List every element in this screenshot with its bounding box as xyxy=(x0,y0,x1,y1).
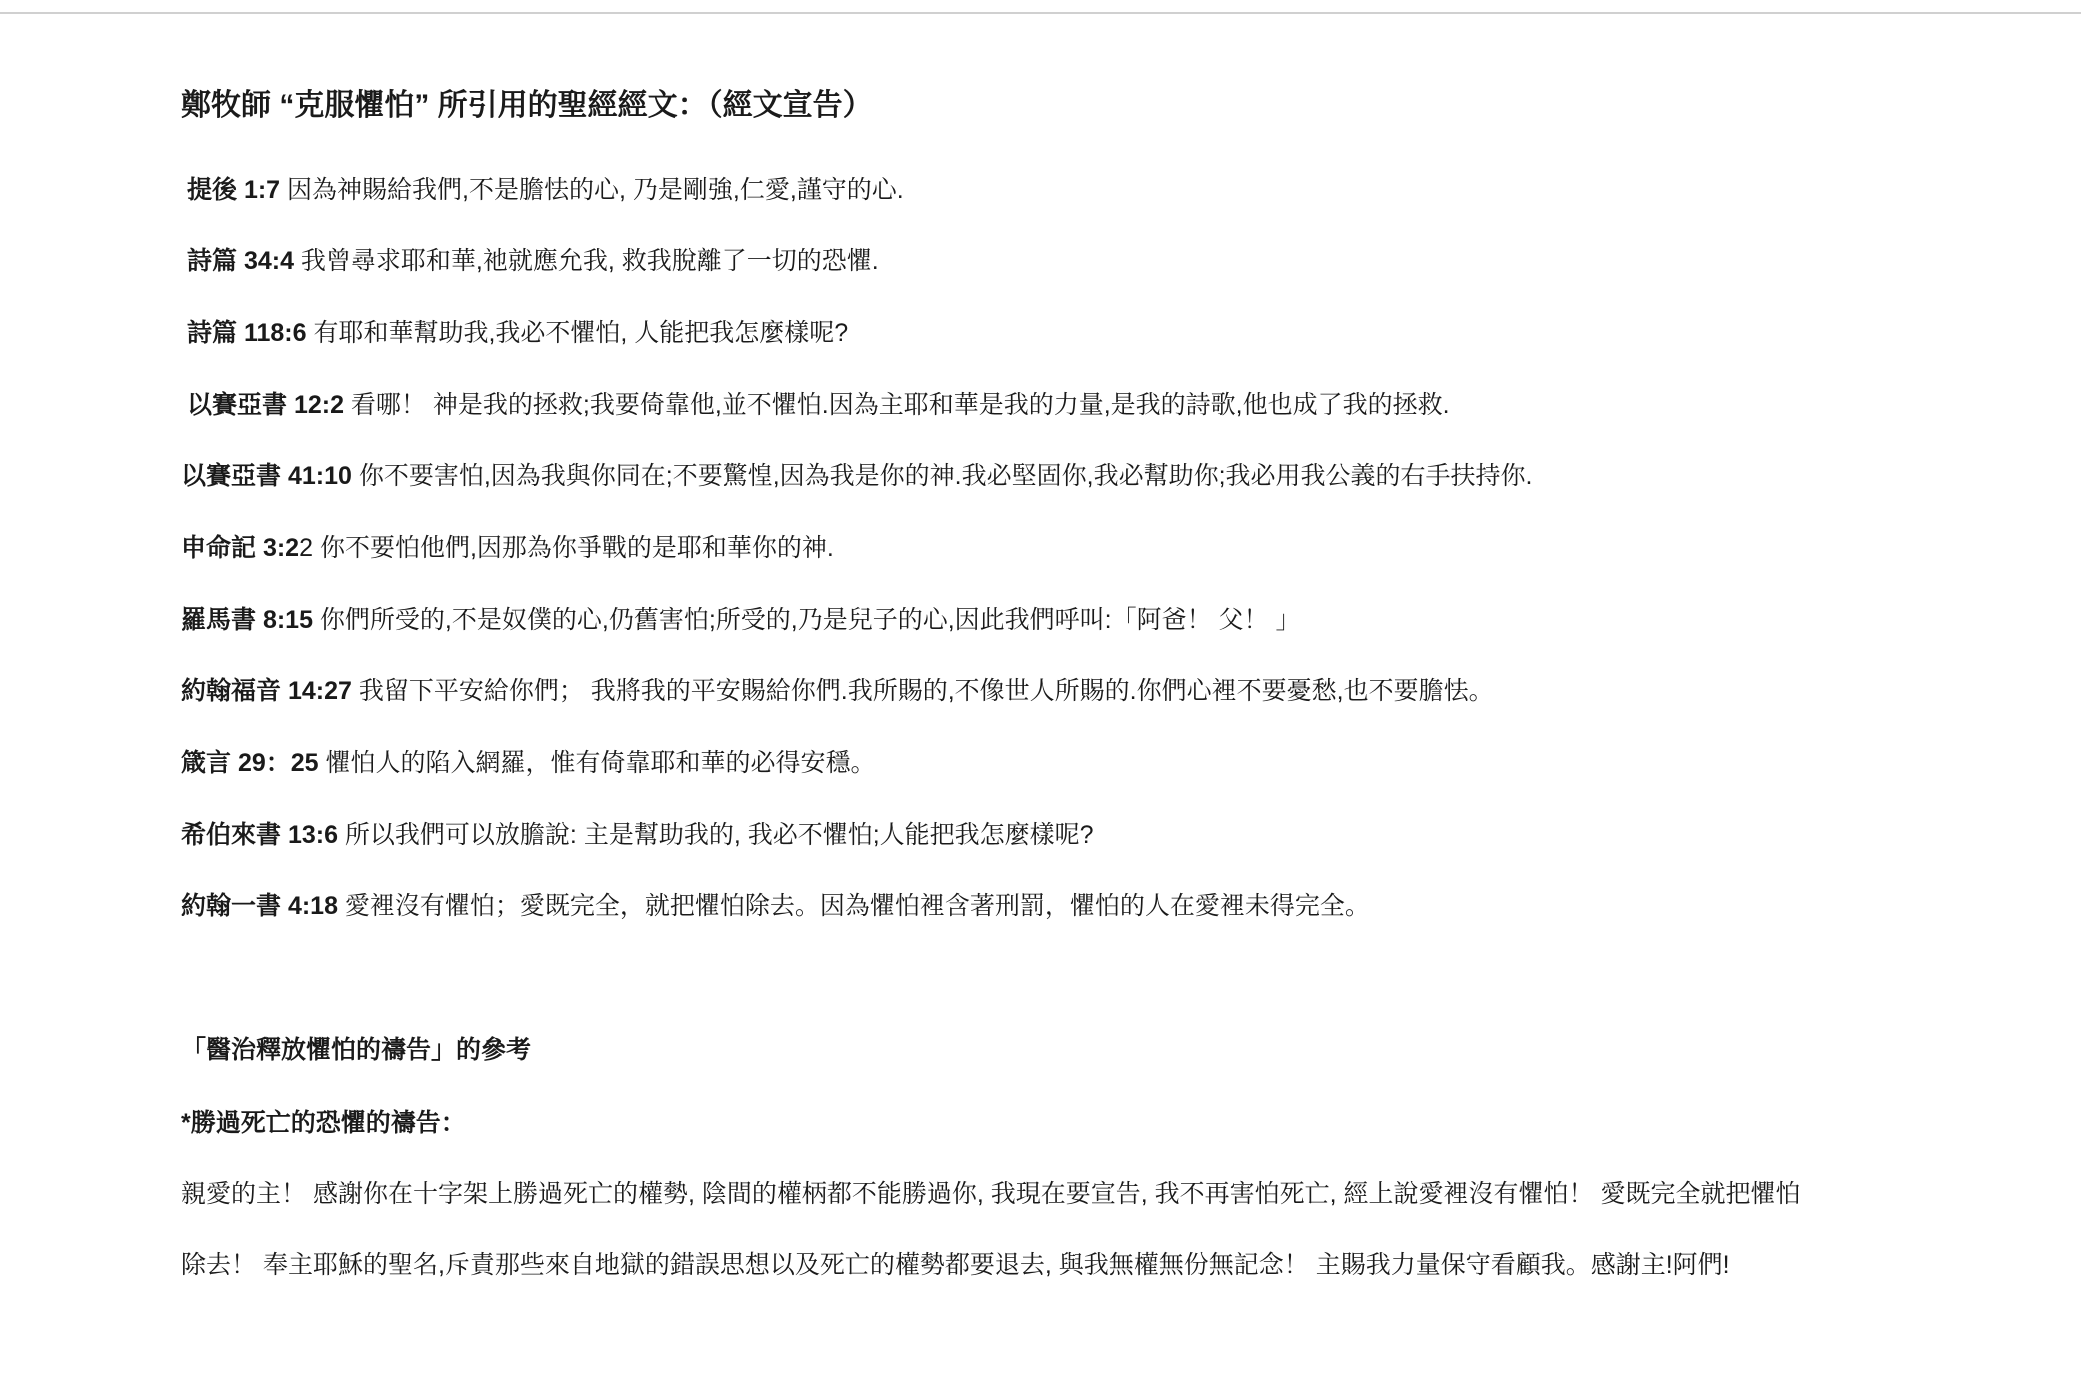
verse-text: 我留下平安給你們； 我將我的平安賜給你們.我所賜的,不像世人所賜的.你們心裡不要… xyxy=(352,677,1494,705)
verse-reference-tail: 2 xyxy=(299,534,313,562)
verse-reference: 約翰一書 4:18 xyxy=(181,892,338,920)
verse-reference: 以賽亞書 12:2 xyxy=(187,391,344,419)
verse-line: 約翰一書 4:18 愛裡沒有懼怕；愛既完全，就把懼怕除去。因為懼怕裡含著刑罰，懼… xyxy=(181,889,1370,923)
verse-text: 我曾尋求耶和華,祂就應允我, 救我脫離了一切的恐懼. xyxy=(294,247,879,275)
document-title: 鄭牧師 “克服懼怕” 所引用的聖經經文：（經文宣告） xyxy=(181,86,873,126)
verse-text: 你們所受的,不是奴僕的心,仍舊害怕;所受的,乃是兒子的心,因此我們呼叫:「阿爸！… xyxy=(313,606,1301,634)
verse-text: 你不要怕他們,因那為你爭戰的是耶和華你的神. xyxy=(313,534,834,562)
verse-line: 申命記 3:22 你不要怕他們,因那為你爭戰的是耶和華你的神. xyxy=(181,531,834,565)
verse-line: 希伯來書 13:6 所以我們可以放膽說: 主是幫助我的, 我必不懼怕;人能把我怎… xyxy=(181,818,1094,852)
prayer-text-line: 親愛的主！ 感謝你在十字架上勝過死亡的權勢, 陰間的權柄都不能勝過你, 我現在要… xyxy=(181,1177,1800,1211)
verse-line: 羅馬書 8:15 你們所受的,不是奴僕的心,仍舊害怕;所受的,乃是兒子的心,因此… xyxy=(181,603,1301,637)
prayer-heading: *勝過死亡的恐懼的禱告： xyxy=(181,1106,466,1140)
verse-reference: 約翰福音 14:27 xyxy=(181,677,352,705)
verse-reference: 希伯來書 13:6 xyxy=(181,821,338,849)
verse-reference: 提後 1:7 xyxy=(187,176,280,204)
verse-reference: 以賽亞書 41:10 xyxy=(181,462,352,490)
prayer-text-line: 除去！ 奉主耶穌的聖名,斥責那些來自地獄的錯誤思想以及死亡的權勢都要退去, 與我… xyxy=(181,1248,1730,1282)
verse-line: 詩篇 118:6 有耶和華幫助我,我必不懼怕, 人能把我怎麼樣呢? xyxy=(187,316,848,350)
verse-reference: 申命記 3:2 xyxy=(181,534,299,562)
verse-text: 所以我們可以放膽說: 主是幫助我的, 我必不懼怕;人能把我怎麼樣呢? xyxy=(338,821,1094,849)
verse-text: 看哪！ 神是我的拯救;我要倚靠他,並不懼怕.因為主耶和華是我的力量,是我的詩歌,… xyxy=(344,391,1450,419)
verse-text: 有耶和華幫助我,我必不懼怕, 人能把我怎麼樣呢? xyxy=(307,319,849,347)
verse-text: 懼怕人的陷入網羅，惟有倚靠耶和華的必得安穩。 xyxy=(319,749,876,777)
verse-reference: 詩篇 118:6 xyxy=(187,319,307,347)
verse-text: 愛裡沒有懼怕；愛既完全，就把懼怕除去。因為懼怕裡含著刑罰，懼怕的人在愛裡未得完全… xyxy=(338,892,1370,920)
verse-line: 詩篇 34:4 我曾尋求耶和華,祂就應允我, 救我脫離了一切的恐懼. xyxy=(187,244,879,278)
verse-reference: 箴言 29：25 xyxy=(181,749,319,777)
verse-line: 以賽亞書 12:2 看哪！ 神是我的拯救;我要倚靠他,並不懼怕.因為主耶和華是我… xyxy=(187,388,1450,422)
top-divider xyxy=(0,12,2081,14)
verse-reference: 詩篇 34:4 xyxy=(187,247,294,275)
verse-text: 你不要害怕,因為我與你同在;不要驚惶,因為我是你的神.我必堅固你,我必幫助你;我… xyxy=(352,462,1533,490)
verse-line: 箴言 29：25 懼怕人的陷入網羅，惟有倚靠耶和華的必得安穩。 xyxy=(181,746,876,780)
verse-line: 提後 1:7 因為神賜給我們,不是膽怯的心, 乃是剛強,仁愛,謹守的心. xyxy=(187,173,904,207)
verse-line: 約翰福音 14:27 我留下平安給你們； 我將我的平安賜給你們.我所賜的,不像世… xyxy=(181,674,1494,708)
section-heading: 「醫治釋放懼怕的禱告」的參考 xyxy=(181,1033,531,1067)
verse-line: 以賽亞書 41:10 你不要害怕,因為我與你同在;不要驚惶,因為我是你的神.我必… xyxy=(181,459,1532,493)
verse-reference: 羅馬書 8:15 xyxy=(181,606,313,634)
verse-text: 因為神賜給我們,不是膽怯的心, 乃是剛強,仁愛,謹守的心. xyxy=(280,176,904,204)
